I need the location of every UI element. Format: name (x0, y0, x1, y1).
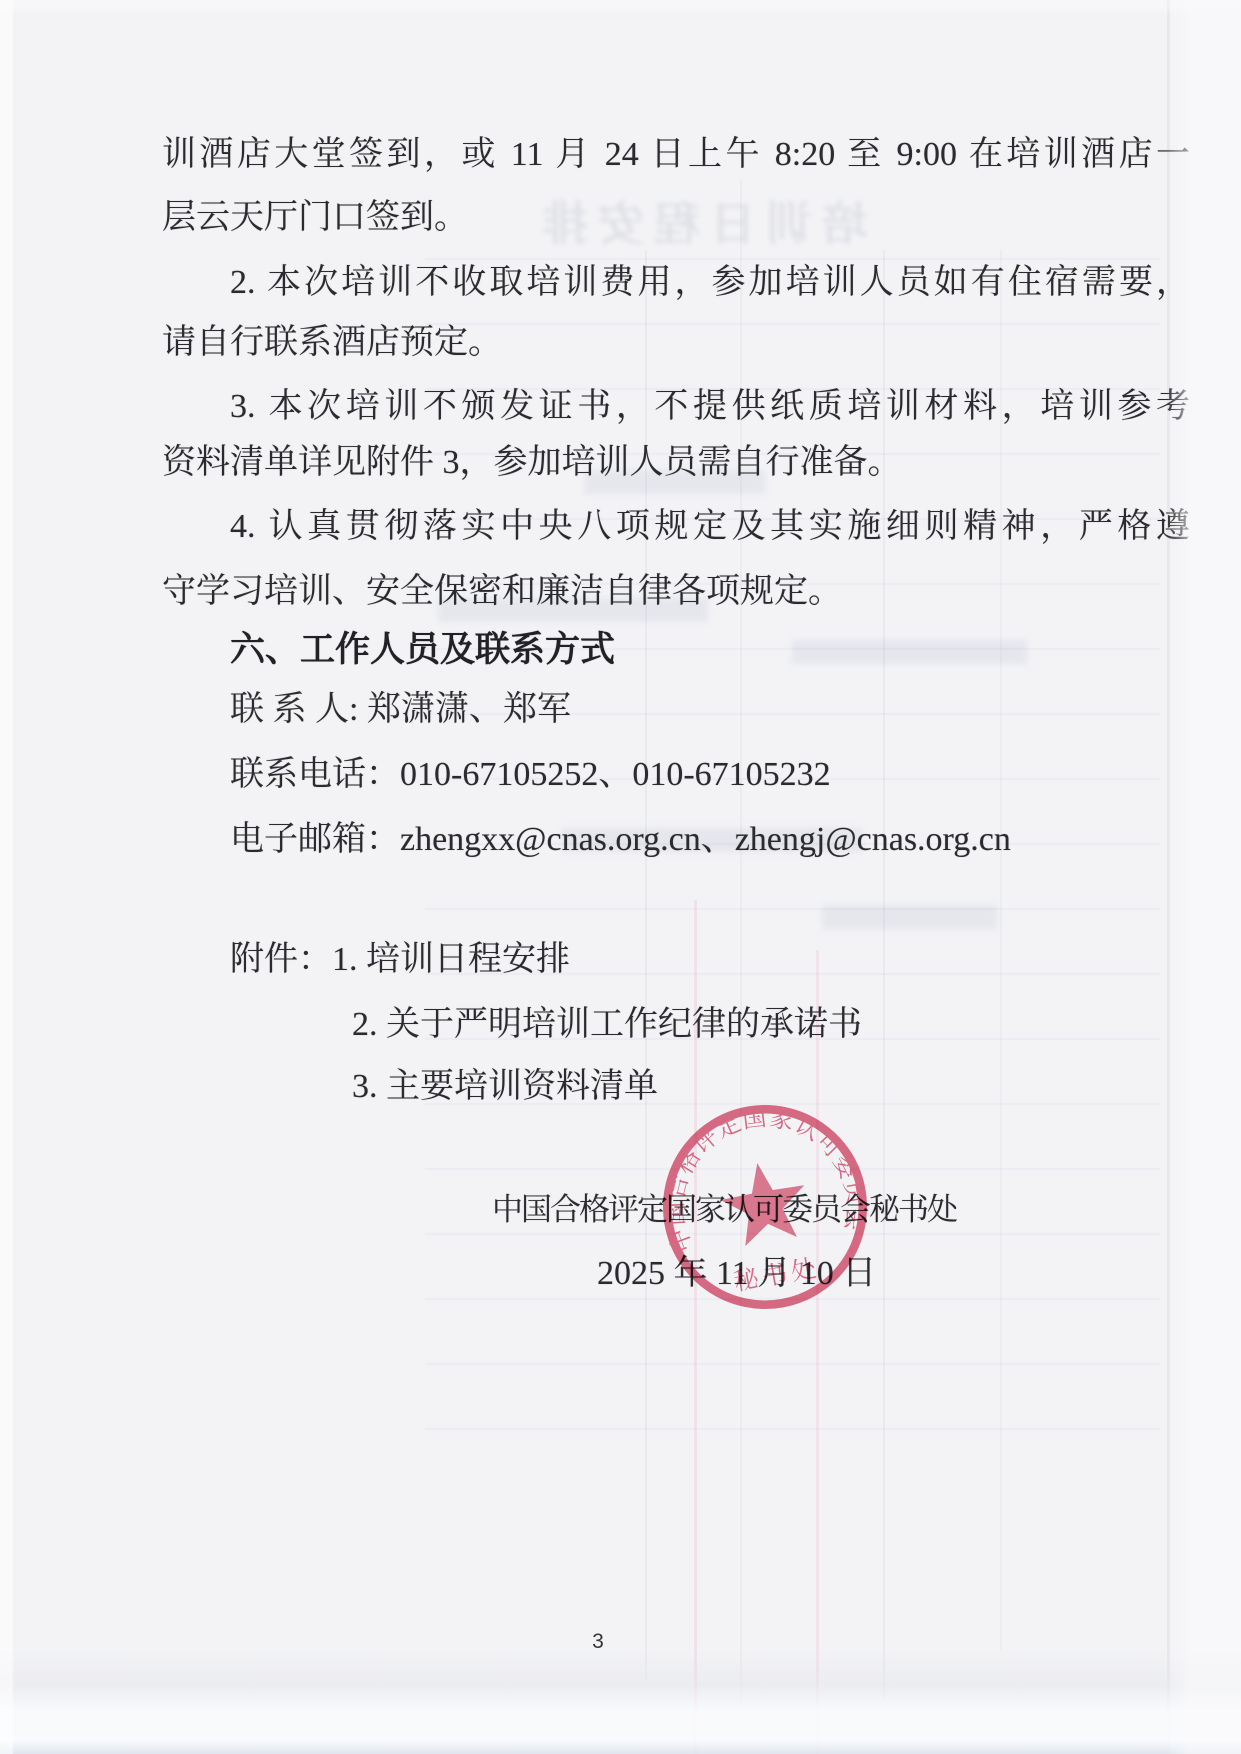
body-line: 守学习培训、安全保密和廉洁自律各项规定。 (162, 569, 842, 615)
contact-person-line: 联 系 人: 郑潇潇、郑军 (230, 687, 571, 733)
body-line: 3. 本次培训不颁发证书，不提供纸质培训材料，培训参考 (230, 384, 1190, 430)
bleed-through-title: 培训日程安排 (530, 188, 870, 254)
bleed-through-text-blob (792, 640, 1027, 664)
contact-phone-line: 联系电话：010-67105252、010-67105232 (230, 752, 831, 798)
body-line: 请自行联系酒店预定。 (162, 320, 502, 366)
bleed-through-text-blob (822, 905, 997, 929)
attachment-line: 附件：1. 培训日程安排 (230, 937, 570, 983)
scan-streak (1000, 250, 1002, 1650)
scanned-document-page: 培训日程安排 训酒店大堂签到，或 11 月 24 日上午 8:20 至 9:00… (0, 0, 1241, 1754)
contact-email-line: 电子邮箱：zhengxx@cnas.org.cn、zhengj@cnas.org… (230, 817, 1011, 863)
seal-ring-text: 中国合格评定国家认可委员会 (645, 1088, 874, 1268)
signature-date: 2025 年 11 月 10 日 (597, 1251, 876, 1297)
attachment-line: 3. 主要培训资料清单 (352, 1064, 658, 1110)
attachment-line: 2. 关于严明培训工作纪律的承诺书 (352, 1002, 862, 1048)
body-line: 资料清单详见附件 3，参加培训人员需自行准备。 (162, 440, 902, 486)
body-line: 层云天厅门口签到。 (162, 195, 468, 241)
section-heading: 六、工作人员及联系方式 (230, 627, 615, 673)
scan-streak (816, 950, 819, 1754)
signature-org: 中国合格评定国家认可委员会秘书处 (492, 1187, 956, 1233)
body-line: 4. 认真贯彻落实中央八项规定及其实施细则精神，严格遵 (230, 504, 1190, 550)
body-line: 训酒店大堂签到，或 11 月 24 日上午 8:20 至 9:00 在培训酒店一 (162, 132, 1190, 178)
body-line: 2. 本次培训不收取培训费用，参加培训人员如有住宿需要， (230, 260, 1190, 306)
page-number: 3 (588, 1630, 608, 1654)
